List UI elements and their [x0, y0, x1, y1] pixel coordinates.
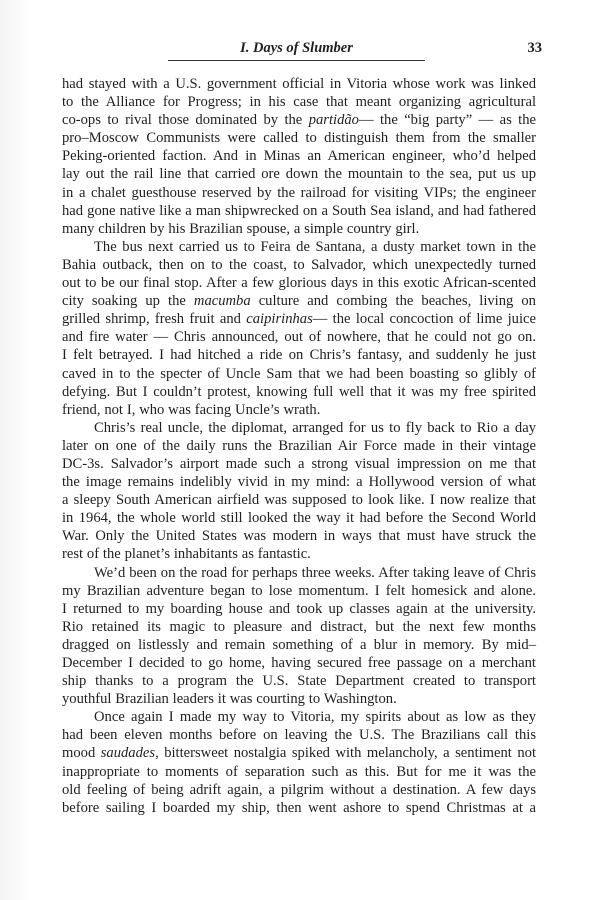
text-segment: had stayed with a U.S. government offici…	[62, 76, 536, 92]
text-line: city soaking up the macumba culture and …	[62, 292, 536, 310]
text-segment: , bittersweet nostalgia spiked with mela…	[155, 745, 536, 761]
text-segment: The bus next carried us to Feira de Sant…	[94, 239, 536, 255]
italic-term: partidão	[309, 112, 359, 128]
text-segment: my Brazilian adventure began to lose mom…	[62, 583, 536, 599]
text-line: December I decided to go home, having se…	[62, 654, 536, 672]
text-segment: caved in to the specter of Uncle Sam tha…	[62, 366, 536, 382]
text-segment: friend, not I, who was facing Uncle’s wr…	[62, 402, 320, 418]
text-line: had stayed with a U.S. government offici…	[62, 75, 536, 93]
italic-term: saudades	[101, 745, 155, 761]
text-segment: Chris’s real uncle, the diplomat, arrang…	[94, 420, 536, 436]
text-line: the image remains indelibly vivid in my …	[62, 473, 536, 491]
text-line: in a chalet guesthouse reserved by the r…	[62, 184, 536, 202]
text-segment: Rio retained its magic to pleasure and d…	[62, 619, 536, 635]
text-segment: I felt betrayed. I had hitched a ride on…	[62, 347, 536, 363]
text-segment: co-ops to rival those dominated by the	[62, 112, 309, 128]
text-segment: ship thanks to a program the U.S. State …	[62, 673, 536, 689]
text-segment: We’d been on the road for perhaps three …	[94, 565, 536, 581]
text-segment: Peking-oriented faction. And in Minas an…	[62, 148, 536, 164]
text-segment: to the Alliance for Progress; in his cas…	[62, 94, 536, 110]
text-segment: later on one of the daily runs the Brazi…	[62, 438, 536, 454]
text-segment: in a chalet guesthouse reserved by the r…	[62, 185, 536, 201]
paragraph: had stayed with a U.S. government offici…	[62, 75, 536, 238]
text-line: many children by his Brazilian spouse, a…	[62, 220, 536, 238]
text-segment: grilled shrimp, fresh fruit and	[62, 311, 246, 327]
text-segment: out to be our final stop. After a few gl…	[62, 275, 536, 291]
body-text: had stayed with a U.S. government offici…	[62, 75, 536, 817]
text-line: and fire water — Chris announced, out of…	[62, 328, 536, 346]
paragraph: The bus next carried us to Feira de Sant…	[62, 238, 536, 419]
text-line: out to be our final stop. After a few gl…	[62, 274, 536, 292]
text-segment: youthful Brazilian leaders it was courti…	[62, 691, 397, 707]
text-line: co-ops to rival those dominated by the p…	[62, 111, 536, 129]
page-gutter-shadow	[0, 0, 30, 900]
text-segment: before sailing I boarded my ship, then w…	[62, 800, 536, 816]
text-segment: Bahia outback, then on to the coast, to …	[62, 257, 536, 273]
paragraph: Once again I made my way to Vitoria, my …	[62, 708, 536, 817]
text-line: Once again I made my way to Vitoria, my …	[62, 708, 536, 726]
paragraph: We’d been on the road for perhaps three …	[62, 564, 536, 709]
text-line: grilled shrimp, fresh fruit and caipirin…	[62, 310, 536, 328]
text-segment: DC-3s. Salvador’s airport made such a st…	[62, 456, 536, 472]
text-line: rest of the planet’s inhabitants as fant…	[62, 545, 536, 563]
text-segment: had been eleven months before on leaving…	[62, 727, 536, 743]
text-line: I felt betrayed. I had hitched a ride on…	[62, 346, 536, 364]
text-segment: culture and combing the beaches, living …	[251, 293, 536, 309]
text-line: my Brazilian adventure began to lose mom…	[62, 582, 536, 600]
text-segment: in 1964, the whole world still looked th…	[62, 510, 536, 526]
text-segment: December I decided to go home, having se…	[62, 655, 536, 671]
page-number: 33	[512, 38, 542, 58]
text-line: Rio retained its magic to pleasure and d…	[62, 618, 536, 636]
text-line: a sleepy South American airfield was sup…	[62, 491, 536, 509]
text-line: later on one of the daily runs the Brazi…	[62, 437, 536, 455]
text-line: friend, not I, who was facing Uncle’s wr…	[62, 401, 536, 419]
text-line: War. Only the United States was modern i…	[62, 527, 536, 545]
text-segment: a sleepy South American airfield was sup…	[62, 492, 536, 508]
paragraph: Chris’s real uncle, the diplomat, arrang…	[62, 419, 536, 564]
text-segment: Once again I made my way to Vitoria, my …	[94, 709, 536, 725]
text-segment: — the “big party” — as the	[359, 112, 536, 128]
text-segment: I returned to my boarding house and took…	[62, 601, 536, 617]
text-line: had gone native like a man shipwrecked o…	[62, 202, 536, 220]
text-line: in 1964, the whole world still looked th…	[62, 509, 536, 527]
text-line: DC-3s. Salvador’s airport made such a st…	[62, 455, 536, 473]
text-line: caved in to the specter of Uncle Sam tha…	[62, 365, 536, 383]
text-segment: — the local concoction of lime juice	[313, 311, 536, 327]
text-segment: defying. But I couldn’t protest, knowing…	[62, 384, 536, 400]
text-line: old feeling of being adrift again, a pil…	[62, 781, 536, 799]
text-line: mood saudades, bittersweet nostalgia spi…	[62, 744, 536, 762]
text-line: I returned to my boarding house and took…	[62, 600, 536, 618]
text-line: inappropriate to moments of separation s…	[62, 763, 536, 781]
text-line: Chris’s real uncle, the diplomat, arrang…	[62, 419, 536, 437]
text-segment: rest of the planet’s inhabitants as fant…	[62, 546, 311, 562]
text-line: before sailing I boarded my ship, then w…	[62, 799, 536, 817]
running-head-title: I. Days of Slumber	[168, 38, 425, 61]
text-line: lay out the rail line that carried ore d…	[62, 165, 536, 183]
text-line: We’d been on the road for perhaps three …	[62, 564, 536, 582]
text-segment: dragged on listlessly and remain somethi…	[62, 637, 536, 653]
text-line: Peking-oriented faction. And in Minas an…	[62, 147, 536, 165]
text-segment: inappropriate to moments of separation s…	[62, 764, 536, 780]
text-line: youthful Brazilian leaders it was courti…	[62, 690, 536, 708]
text-segment: mood	[62, 745, 101, 761]
text-segment: many children by his Brazilian spouse, a…	[62, 221, 419, 237]
text-segment: War. Only the United States was modern i…	[62, 528, 536, 544]
text-line: pro–Moscow Communists were called to dis…	[62, 129, 536, 147]
text-segment: had gone native like a man shipwrecked o…	[62, 203, 536, 219]
text-segment: lay out the rail line that carried ore d…	[62, 166, 536, 182]
text-line: Bahia outback, then on to the coast, to …	[62, 256, 536, 274]
italic-term: caipirinhas	[246, 311, 312, 327]
text-line: defying. But I couldn’t protest, knowing…	[62, 383, 536, 401]
text-line: to the Alliance for Progress; in his cas…	[62, 93, 536, 111]
text-segment: pro–Moscow Communists were called to dis…	[62, 130, 536, 146]
italic-term: macumba	[194, 293, 251, 309]
text-segment: and fire water — Chris announced, out of…	[62, 329, 536, 345]
text-line: The bus next carried us to Feira de Sant…	[62, 238, 536, 256]
text-line: dragged on listlessly and remain somethi…	[62, 636, 536, 654]
text-line: had been eleven months before on leaving…	[62, 726, 536, 744]
text-line: ship thanks to a program the U.S. State …	[62, 672, 536, 690]
text-segment: the image remains indelibly vivid in my …	[62, 474, 536, 490]
text-segment: old feeling of being adrift again, a pil…	[62, 782, 536, 798]
text-segment: city soaking up the	[62, 293, 194, 309]
